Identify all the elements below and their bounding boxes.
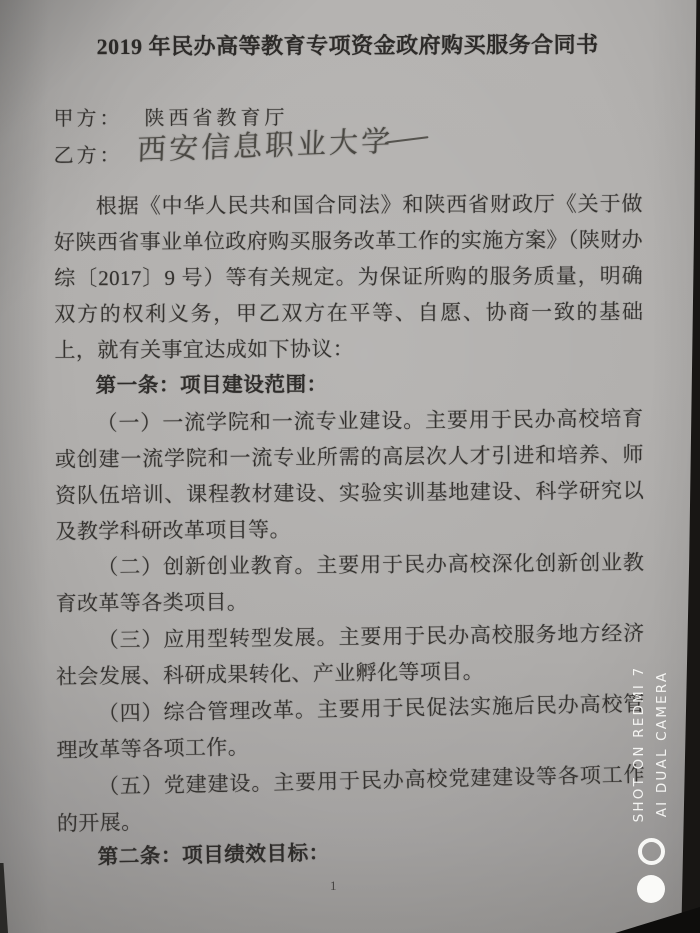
article-1-item-5: （五）党建建设。主要用于民办高校党建建设等各项工作的开展。 — [56, 756, 646, 841]
contract-document: 2019 年民办高等教育专项资金政府购买服务合同书 甲方：陕西省教育厅 乙方：西… — [0, 0, 700, 933]
intro-paragraph: 根据《中华人民共和国合同法》和陕西省财政厅《关于做好陕西省事业单位政府购买服务改… — [54, 186, 644, 369]
party-a-label: 甲方： — [53, 108, 122, 130]
article-1-item-2: （二）创新创业教育。主要用于民办高校深化创新创业教育改革等各类项目。 — [55, 544, 645, 621]
article-1-item-4: （四）综合管理改革。主要用于民促法实施后民办高校管理改革等各项工作。 — [56, 686, 646, 769]
article-1-item-3: （三）应用型转型发展。主要用于民办高校服务地方经济社会发展、科研成果转化、产业孵… — [55, 615, 645, 695]
article-1-heading: 第一条：项目建设范围： — [55, 366, 644, 405]
party-a-value: 陕西省教育厅 — [144, 107, 288, 130]
page-number: 1 — [330, 878, 337, 894]
photo-of-contract: 2019 年民办高等教育专项资金政府购买服务合同书 甲方：陕西省教育厅 乙方：西… — [0, 0, 700, 933]
party-b-label: 乙方： — [54, 145, 123, 167]
parties-section: 甲方：陕西省教育厅 乙方：西安信息职业大学 — [53, 102, 642, 181]
watermark-hollow-circle-icon — [638, 838, 665, 865]
watermark-ai-dual-camera: AI DUAL CAMERA — [654, 664, 670, 824]
party-b-handwritten-value: 西安信息职业大学 — [137, 127, 394, 166]
watermark-filled-circle-icon — [637, 875, 665, 903]
article-1-item-1: （一）一流学院和一流专业建设。主要用于民办高校培育或创建一流学院和一流专业所需的… — [54, 400, 644, 549]
party-b-row: 乙方：西安信息职业大学 — [54, 136, 643, 181]
document-title: 2019 年民办高等教育专项资金政府购买服务合同书 — [53, 30, 642, 63]
watermark-shot-on-redmi: SHOT ON REDMI 7 — [631, 664, 647, 824]
